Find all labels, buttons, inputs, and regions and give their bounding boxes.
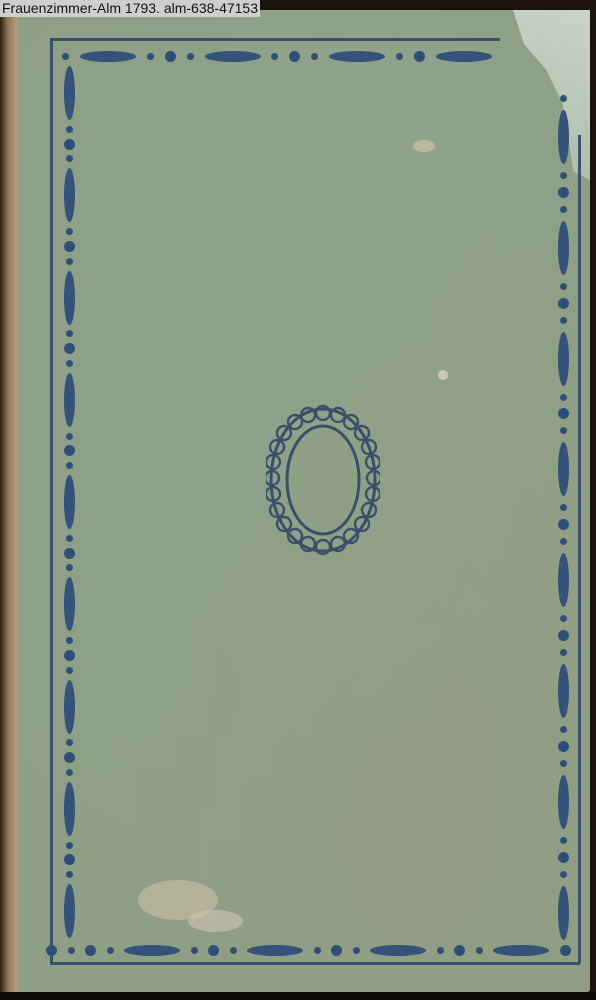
dot-ornament xyxy=(560,945,571,956)
dot-ornament xyxy=(437,947,444,954)
dot-ornament xyxy=(66,871,73,878)
dot-ornament xyxy=(66,360,73,367)
dot-ornament xyxy=(64,139,75,150)
dot-ornament xyxy=(414,51,425,62)
dot-ornament xyxy=(46,945,57,956)
leaf-ornament xyxy=(329,51,385,62)
frame-line-left xyxy=(50,38,53,964)
leaf-ornament xyxy=(64,680,75,734)
dot-ornament xyxy=(560,95,567,102)
dot-ornament xyxy=(560,504,567,511)
leaf-ornament xyxy=(64,577,75,631)
dot-ornament xyxy=(62,53,69,60)
leaf-ornament xyxy=(64,168,75,222)
dot-ornament xyxy=(66,564,73,571)
dot-ornament xyxy=(107,947,114,954)
leaf-ornament xyxy=(558,221,569,275)
dot-ornament xyxy=(558,408,569,419)
dot-ornament xyxy=(331,945,342,956)
dot-ornament xyxy=(558,852,569,863)
dot-ornament xyxy=(558,519,569,530)
dot-ornament xyxy=(560,317,567,324)
leaf-ornament xyxy=(247,945,303,956)
dot-ornament xyxy=(66,739,73,746)
dot-ornament xyxy=(66,330,73,337)
dot-ornament xyxy=(454,945,465,956)
oval-medallion-icon xyxy=(266,404,380,556)
dot-ornament xyxy=(66,258,73,265)
stain xyxy=(438,370,448,380)
dot-ornament xyxy=(64,854,75,865)
leaf-ornament xyxy=(558,553,569,607)
leaf-ornament xyxy=(124,945,180,956)
dot-ornament xyxy=(68,947,75,954)
dot-ornament xyxy=(66,667,73,674)
dot-ornament xyxy=(66,462,73,469)
leaf-ornament xyxy=(80,51,136,62)
dot-ornament xyxy=(66,433,73,440)
dot-ornament xyxy=(560,837,567,844)
dot-ornament xyxy=(64,241,75,252)
dot-ornament xyxy=(66,155,73,162)
leaf-ornament xyxy=(558,332,569,386)
dot-ornament xyxy=(271,53,278,60)
leaf-ornament xyxy=(64,884,75,938)
ornament-col-left xyxy=(62,66,76,938)
dot-ornament xyxy=(64,650,75,661)
dot-ornament xyxy=(353,947,360,954)
ornament-row-bottom xyxy=(46,943,571,957)
leaf-ornament xyxy=(558,775,569,829)
dot-ornament xyxy=(66,842,73,849)
dot-ornament xyxy=(558,187,569,198)
leaf-ornament xyxy=(558,664,569,718)
leaf-ornament xyxy=(64,782,75,836)
dot-ornament xyxy=(64,343,75,354)
dot-ornament xyxy=(560,427,567,434)
frame-line-right xyxy=(578,135,581,963)
dot-ornament xyxy=(191,947,198,954)
dot-ornament xyxy=(64,548,75,559)
dot-ornament xyxy=(66,126,73,133)
ornament-row-top xyxy=(62,49,492,63)
dot-ornament xyxy=(66,228,73,235)
leaf-ornament xyxy=(64,475,75,529)
leaf-ornament xyxy=(558,442,569,496)
dot-ornament xyxy=(560,538,567,545)
dot-ornament xyxy=(560,206,567,213)
leaf-ornament xyxy=(205,51,261,62)
image-caption: Frauenzimmer-Alm 1793. alm-638-47153 xyxy=(0,0,260,17)
ornament-col-right xyxy=(556,95,570,940)
dot-ornament xyxy=(311,53,318,60)
dot-ornament xyxy=(558,741,569,752)
dot-ornament xyxy=(208,945,219,956)
dot-ornament xyxy=(64,752,75,763)
dot-ornament xyxy=(64,445,75,456)
dot-ornament xyxy=(558,630,569,641)
dot-ornament xyxy=(560,760,567,767)
dot-ornament xyxy=(560,615,567,622)
dot-ornament xyxy=(165,51,176,62)
dot-ornament xyxy=(85,945,96,956)
leaf-ornament xyxy=(64,271,75,325)
stain xyxy=(413,140,435,152)
dot-ornament xyxy=(560,283,567,290)
dot-ornament xyxy=(560,726,567,733)
dot-ornament xyxy=(147,53,154,60)
leaf-ornament xyxy=(558,110,569,164)
dot-ornament xyxy=(230,947,237,954)
book-cover-photo xyxy=(0,0,596,1000)
leaf-ornament xyxy=(436,51,492,62)
dot-ornament xyxy=(66,637,73,644)
dot-ornament xyxy=(66,769,73,776)
frame-line-top xyxy=(50,38,500,41)
dot-ornament xyxy=(476,947,483,954)
dot-ornament xyxy=(396,53,403,60)
dot-ornament xyxy=(560,649,567,656)
dot-ornament xyxy=(66,535,73,542)
leaf-ornament xyxy=(370,945,426,956)
dot-ornament xyxy=(314,947,321,954)
dot-ornament xyxy=(560,871,567,878)
dot-ornament xyxy=(560,172,567,179)
photo-bottom-edge xyxy=(0,992,596,1000)
stain xyxy=(188,910,243,932)
leaf-ornament xyxy=(64,66,75,120)
dot-ornament xyxy=(187,53,194,60)
torn-corner xyxy=(480,10,590,180)
dot-ornament xyxy=(558,298,569,309)
leaf-ornament xyxy=(64,373,75,427)
frame-line-bottom xyxy=(50,962,580,965)
dot-ornament xyxy=(289,51,300,62)
leaf-ornament xyxy=(558,886,569,940)
dot-ornament xyxy=(560,394,567,401)
leaf-ornament xyxy=(493,945,549,956)
